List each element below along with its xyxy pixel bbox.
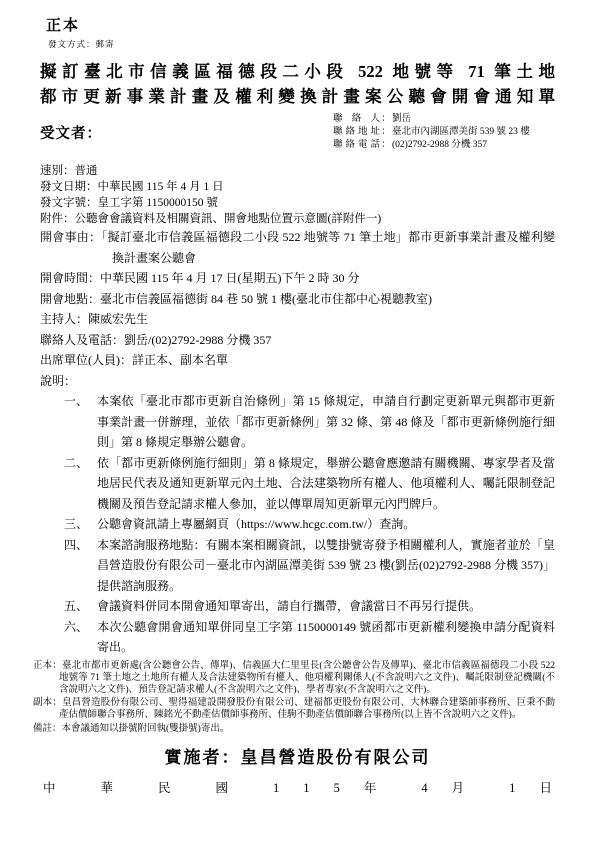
document-title-line-1: 擬訂臺北市信義區福德段二小段 522 地號等 71 筆土地 <box>40 59 555 84</box>
copy-type-label: 正本 <box>46 16 555 36</box>
contact-phone-label: 聯絡電話 <box>333 139 380 152</box>
explanation-heading: 說明： <box>40 371 555 392</box>
roc-date-line: 中 華 民 國 1 1 5 年 4 月 1 日 <box>40 779 555 797</box>
document-title: 擬訂臺北市信義區福德段二小段 522 地號等 71 筆土地 都市更新事業計畫及權… <box>40 59 555 109</box>
meeting-info: 開會事由：「擬訂臺北市信義區福德段二小段 522 地號等 71 筆土地」都市更新… <box>40 227 555 371</box>
item-number: 五、 <box>64 596 97 617</box>
item-text: 本次公聽會開會通知單併同皇工字第 1150000149 號函都市更新權利變換申請… <box>97 620 555 655</box>
contact-colon: ： <box>380 139 392 152</box>
item-text: 本案諮詢服務地點：有關本案相關資訊，以雙掛號寄發予相關權利人，實施者並於「皇昌營… <box>97 538 555 593</box>
item-number: 一、 <box>64 391 97 412</box>
contact-colon: ： <box>380 126 392 139</box>
item-number: 四、 <box>64 535 97 556</box>
contact-address-label: 聯絡地址 <box>333 126 380 139</box>
meeting-place: 開會地點：臺北市信義區福德街 84 巷 50 號 1 樓(臺北市住都中心視聽教室… <box>40 289 555 310</box>
contact-person-row: 聯絡人：劉岳 <box>333 113 559 126</box>
item-number: 六、 <box>64 617 97 638</box>
document-title-line-2: 都市更新事業計畫及權利變換計畫案公聽會開會通知單 <box>40 84 555 109</box>
item-text: 會議資料併同本開會通知單寄出，請自行攜帶，會議當日不再另行提供。 <box>97 599 481 613</box>
implementer-line: 實施者：皇昌營造股份有限公司 <box>40 746 555 770</box>
distribution-original: 正本：臺北市都市更新處(含公聽會公告、傳單)、信義區大仁里里長(含公聽會公告及傳… <box>33 660 555 697</box>
contact-person-label: 聯絡人 <box>333 113 380 126</box>
item-number: 三、 <box>64 514 97 535</box>
document-meta: 速別：普通 發文日期：中華民國 115 年 4 月 1 日 發文字號：皇工字第 … <box>40 163 555 227</box>
delivery-method-label: 發文方式：郵寄 <box>48 38 555 51</box>
explanation-item-1: 一、本案依「臺北市都市更新自治條例」第 15 條規定，申請自行劃定更新單元與都市… <box>64 391 555 453</box>
meta-attachment: 附件：公聽會會議資料及相關資訊、開會地點位置示意圖(詳附件一) <box>40 211 555 227</box>
contact-colon: ： <box>380 113 392 126</box>
explanation-item-2: 二、依「都市更新條例施行細則」第 8 條規定，舉辦公聽會應邀請有關機關、專家學者… <box>64 453 555 515</box>
item-text: 本案依「臺北市都市更新自治條例」第 15 條規定，申請自行劃定更新單元與都市更新… <box>97 394 555 449</box>
item-text: 公聽會資訊請上專屬網頁（https://www.hcgc.com.tw/）查詢。 <box>97 517 415 531</box>
contact-address-value: 臺北市內湖區潭美街 539 號 23 樓 <box>392 127 530 137</box>
item-text: 依「都市更新條例施行細則」第 8 條規定，舉辦公聽會應邀請有關機關、專家學者及當… <box>97 456 555 511</box>
meeting-time: 開會時間：中華民國 115 年 4 月 17 日(星期五)下午 2 時 30 分 <box>40 268 555 289</box>
contact-block: 聯絡人：劉岳 聯絡地址：臺北市內湖區潭美街 539 號 23 樓 聯絡電話：(0… <box>333 113 559 152</box>
distribution-section: 正本：臺北市都市更新處(含公聽會公告、傳單)、信義區大仁里里長(含公聽會公告及傳… <box>33 660 555 735</box>
explanation-item-5: 五、會議資料併同本開會通知單寄出，請自行攜帶，會議當日不再另行提供。 <box>64 596 555 617</box>
official-notice-document: 正本 發文方式：郵寄 擬訂臺北市信義區福德段二小段 522 地號等 71 筆土地… <box>0 0 595 842</box>
meta-speed: 速別：普通 <box>40 163 555 179</box>
contact-person-value: 劉岳 <box>392 114 411 124</box>
recipient-row: 受文者： 聯絡人：劉岳 聯絡地址：臺北市內湖區潭美街 539 號 23 樓 聯絡… <box>40 122 555 158</box>
contact-address-row: 聯絡地址：臺北市內湖區潭美街 539 號 23 樓 <box>333 126 559 139</box>
meta-issue-date: 發文日期：中華民國 115 年 4 月 1 日 <box>40 179 555 195</box>
explanation-section: 說明： 一、本案依「臺北市都市更新自治條例」第 15 條規定，申請自行劃定更新單… <box>40 371 555 658</box>
meeting-host: 主持人：陳威宏先生 <box>40 309 555 330</box>
distribution-copy: 副本：皇昌營造股份有限公司、聖得福建設開發股份有限公司、建福都更股份有限公司、大… <box>33 697 555 722</box>
explanation-item-3: 三、公聽會資訊請上專屬網頁（https://www.hcgc.com.tw/）查… <box>64 514 555 535</box>
meeting-subject: 開會事由：「擬訂臺北市信義區福德段二小段 522 地號等 71 筆土地」都市更新… <box>40 227 555 268</box>
explanation-item-4: 四、本案諮詢服務地點：有關本案相關資訊，以雙掛號寄發予相關權利人，實施者並於「皇… <box>64 535 555 597</box>
meta-issue-number: 發文字號：皇工字第 1150000150 號 <box>40 195 555 211</box>
contact-phone-value: (02)2792-2988 分機 357 <box>392 140 487 150</box>
explanation-item-6: 六、本次公聽會開會通知單併同皇工字第 1150000149 號函都市更新權利變換… <box>64 617 555 658</box>
recipient-label: 受文者： <box>40 126 102 142</box>
meeting-contact-line: 聯絡人及電話：劉岳/(02)2792-2988 分機 357 <box>40 330 555 351</box>
distribution-remark: 備註：本會議通知以掛號附回執(雙掛號)寄出。 <box>33 723 555 735</box>
contact-phone-row: 聯絡電話：(02)2792-2988 分機 357 <box>333 139 559 152</box>
meeting-attendees: 出席單位(人員)：詳正本、副本名單 <box>40 350 555 371</box>
item-number: 二、 <box>64 453 97 474</box>
